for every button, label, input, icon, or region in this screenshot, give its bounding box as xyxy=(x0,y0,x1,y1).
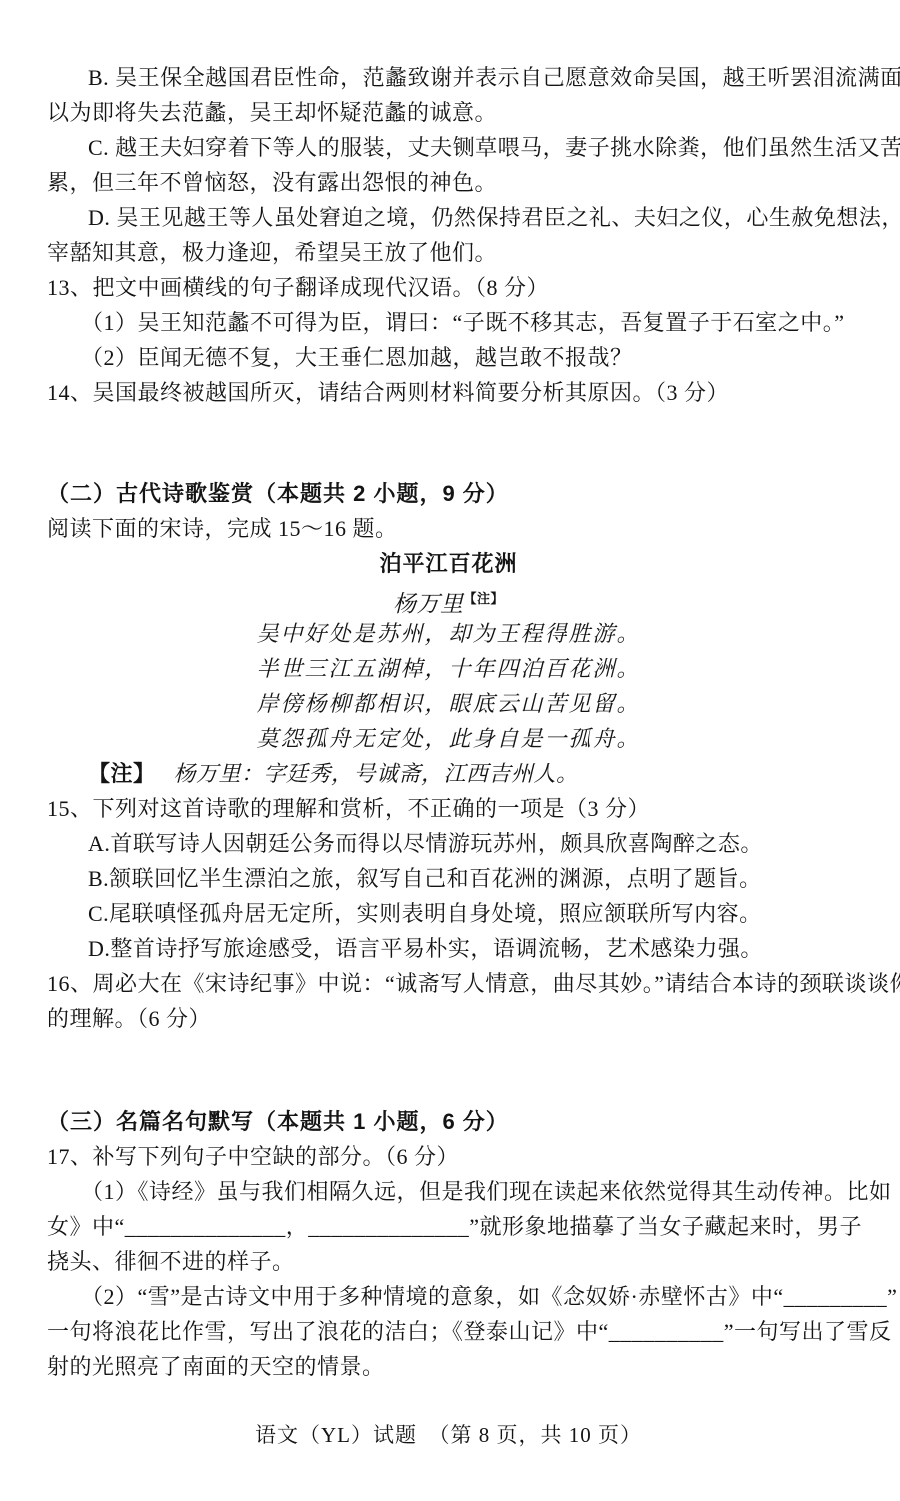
question-13-sub2: （2）臣闻无德不复，大王垂仁恩加越，越岂敢不报哉？ xyxy=(47,340,850,375)
poetry-intro: 阅读下面的宋诗，完成 15～16 题。 xyxy=(47,511,850,546)
poet-line: 杨万里【注】 xyxy=(47,581,850,616)
question-17-sub1-line1: （1）《诗经》虽与我们相隔久远，但是我们现在读起来依然觉得其生动传神。比如《静 xyxy=(47,1174,850,1209)
note-text: 杨万里：字廷秀，号诚斋，江西吉州人。 xyxy=(174,761,579,786)
question-17-sub1-line2: 女》中“______________，______________”就形象地描摹… xyxy=(47,1209,850,1244)
option-d-line2: 宰嚭知其意，极力逢迎，希望吴王放了他们。 xyxy=(47,235,850,270)
question-16-line1: 16、周必大在《宋诗纪事》中说：“诚斋写人情意，曲尽其妙。”请结合本诗的颈联谈谈… xyxy=(47,966,850,1001)
poem-line-2: 半世三江五湖棹，十年四泊百花洲。 xyxy=(47,651,850,686)
question-15: 15、下列对这首诗歌的理解和赏析，不正确的一项是（3 分） xyxy=(47,791,850,826)
poet-note-superscript: 【注】 xyxy=(463,591,504,606)
question-13-sub1: （1）吴王知范蠡不可得为臣，谓曰：“子既不移其志，吾复置子于石室之中。” xyxy=(47,305,850,340)
question-15-option-c: C.尾联嗔怪孤舟居无定所，实则表明自身处境，照应颔联所写内容。 xyxy=(47,896,850,931)
option-c-line1: C. 越王夫妇穿着下等人的服装，丈夫铡草喂马，妻子挑水除粪，他们虽然生活又苦又 xyxy=(47,130,850,165)
question-15-option-b: B.颔联回忆半生漂泊之旅，叙写自己和百花洲的渊源，点明了题旨。 xyxy=(47,861,850,896)
option-c-line2: 累，但三年不曾恼怒，没有露出怨恨的神色。 xyxy=(47,165,850,200)
question-16-line2: 的理解。（6 分） xyxy=(47,1001,850,1036)
poem-line-3: 岸傍杨柳都相识，眼底云山苦见留。 xyxy=(47,686,850,721)
question-17-sub2-line2: 一句将浪花比作雪，写出了浪花的洁白；《登泰山记》中“__________”一句写… xyxy=(47,1314,850,1349)
page-footer: 语文（YL）试题 （第 8 页，共 10 页） xyxy=(47,1418,850,1453)
question-15-option-a: A.首联写诗人因朝廷公务而得以尽情游玩苏州，颇具欣喜陶醉之态。 xyxy=(47,826,850,861)
question-17-sub1-line3: 挠头、徘徊不进的样子。 xyxy=(47,1244,850,1279)
question-15-option-d: D.整首诗抒写旅途感受，语言平易朴实，语调流畅，艺术感染力强。 xyxy=(47,931,850,966)
question-13: 13、把文中画横线的句子翻译成现代汉语。（8 分） xyxy=(47,270,850,305)
option-b-line2: 以为即将失去范蠡，吴王却怀疑范蠡的诚意。 xyxy=(47,95,850,130)
question-17: 17、补写下列句子中空缺的部分。（6 分） xyxy=(47,1139,850,1174)
question-17-sub2-line1: （2）“雪”是古诗文中用于多种情境的意象，如《念奴娇·赤壁怀古》中“______… xyxy=(47,1279,850,1314)
option-b-line1: B. 吴王保全越国君臣性命，范蠡致谢并表示自己愿意效命吴国，越王听罢泪流满面， xyxy=(47,60,850,95)
exam-page: B. 吴王保全越国君臣性命，范蠡致谢并表示自己愿意效命吴国，越王听罢泪流满面， … xyxy=(0,0,900,1501)
poet-name: 杨万里 xyxy=(393,591,464,616)
question-14: 14、吴国最终被越国所灭，请结合两则材料简要分析其原因。（3 分） xyxy=(47,375,850,410)
poem-line-1: 吴中好处是苏州，却为王程得胜游。 xyxy=(47,616,850,651)
note-label: 【注】 xyxy=(88,761,156,786)
poem-line-4: 莫怨孤舟无定处，此身自是一孤舟。 xyxy=(47,721,850,756)
reading-section: B. 吴王保全越国君臣性命，范蠡致谢并表示自己愿意效命吴国，越王听罢泪流满面， … xyxy=(47,60,850,410)
question-17-sub2-line3: 射的光照亮了南面的天空的情景。 xyxy=(47,1349,850,1384)
poem-title: 泊平江百花洲 xyxy=(47,546,850,581)
dictation-section-header: （三）名篇名句默写（本题共 1 小题，6 分） xyxy=(47,1104,850,1139)
poetry-section-header: （二）古代诗歌鉴赏（本题共 2 小题，9 分） xyxy=(47,476,850,511)
poetry-section: （二）古代诗歌鉴赏（本题共 2 小题，9 分） 阅读下面的宋诗，完成 15～16… xyxy=(47,476,850,1036)
dictation-section: （三）名篇名句默写（本题共 1 小题，6 分） 17、补写下列句子中空缺的部分。… xyxy=(47,1104,850,1384)
option-d-line1: D. 吴王见越王等人虽处窘迫之境，仍然保持君臣之礼、夫妇之仪，心生赦免想法，太 xyxy=(47,200,850,235)
poem-note-line: 【注】杨万里：字廷秀，号诚斋，江西吉州人。 xyxy=(47,756,850,791)
